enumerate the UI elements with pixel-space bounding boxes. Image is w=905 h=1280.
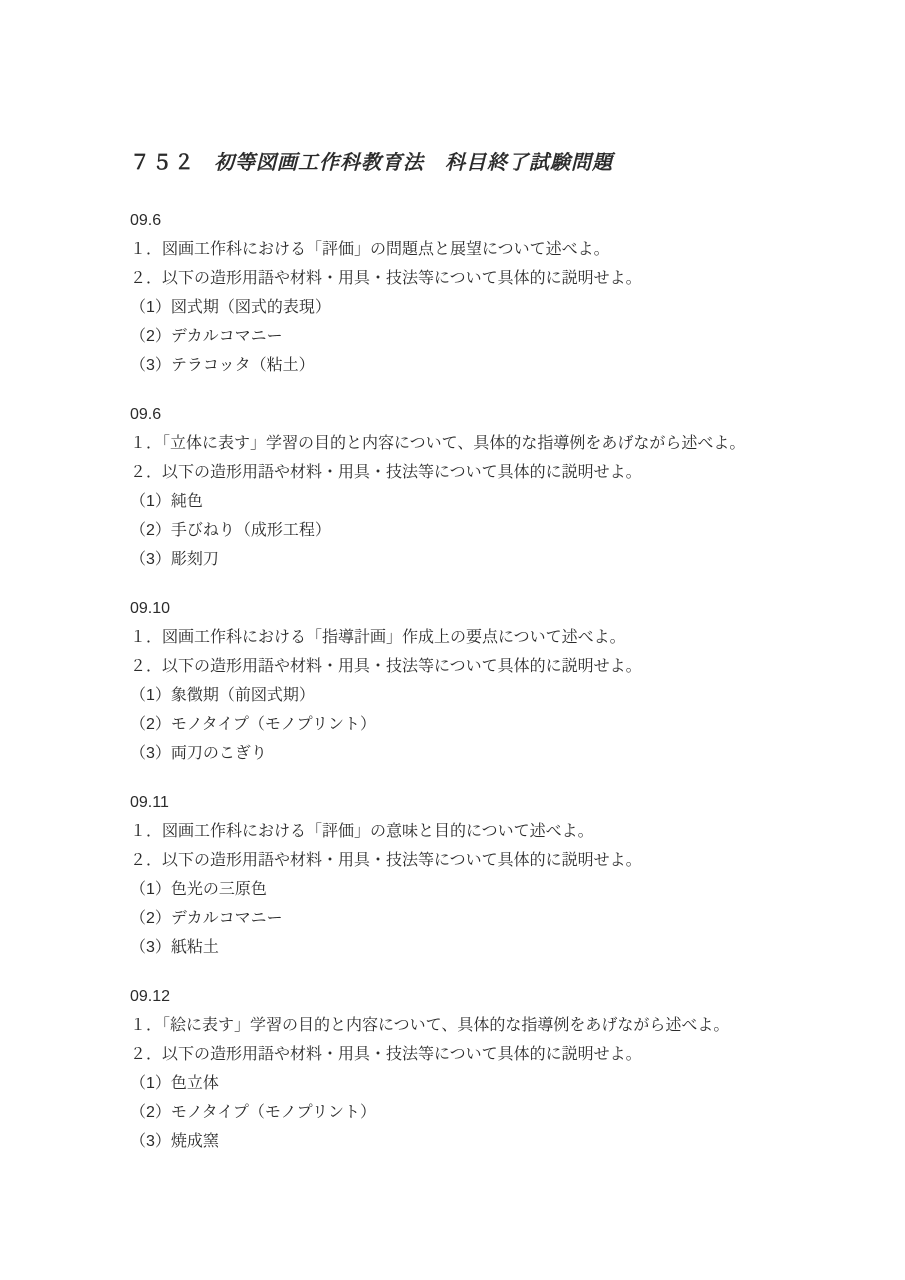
subitem-line: （2）手びねり（成形工程）	[130, 516, 845, 545]
subitem-line: （1）色立体	[130, 1069, 845, 1098]
document-content: ７５２初等図画工作科教育法 科目終了試験問題 09.6 １．図画工作科における「…	[130, 150, 845, 1176]
exam-section-5: 09.12 １．「絵に表す」学習の目的と内容について、具体的な指導例をあげながら…	[130, 982, 845, 1156]
subitem-line: （1）図式期（図式的表現）	[130, 293, 845, 322]
question-line: １．「絵に表す」学習の目的と内容について、具体的な指導例をあげながら述べよ。	[130, 1011, 845, 1040]
subitem-line: （1）純色	[130, 487, 845, 516]
question-line: ２．以下の造形用語や材料・用具・技法等について具体的に説明せよ。	[130, 1040, 845, 1069]
question-line: ２．以下の造形用語や材料・用具・技法等について具体的に説明せよ。	[130, 458, 845, 487]
question-line: ２．以下の造形用語や材料・用具・技法等について具体的に説明せよ。	[130, 652, 845, 681]
exam-date: 09.6	[130, 400, 845, 429]
subitem-line: （1）色光の三原色	[130, 875, 845, 904]
exam-section-4: 09.11 １．図画工作科における「評価」の意味と目的について述べよ。 ２．以下…	[130, 788, 845, 962]
course-title: 初等図画工作科教育法 科目終了試験問題	[214, 152, 613, 174]
document-page: ７５２初等図画工作科教育法 科目終了試験問題 09.6 １．図画工作科における「…	[0, 0, 905, 1280]
question-line: ２．以下の造形用語や材料・用具・技法等について具体的に説明せよ。	[130, 264, 845, 293]
subitem-line: （3）焼成窯	[130, 1127, 845, 1156]
exam-date: 09.12	[130, 982, 845, 1011]
subitem-line: （3）彫刻刀	[130, 545, 845, 574]
exam-section-2: 09.6 １．「立体に表す」学習の目的と内容について、具体的な指導例をあげながら…	[130, 400, 845, 574]
exam-date: 09.6	[130, 206, 845, 235]
subitem-line: （2）モノタイプ（モノプリント）	[130, 1098, 845, 1127]
course-number: ７５２	[130, 152, 196, 174]
subitem-line: （2）モノタイプ（モノプリント）	[130, 710, 845, 739]
page-title: ７５２初等図画工作科教育法 科目終了試験問題	[130, 150, 845, 176]
subitem-line: （1）象徴期（前図式期）	[130, 681, 845, 710]
subitem-line: （2）デカルコマニー	[130, 904, 845, 933]
question-line: １．図画工作科における「指導計画」作成上の要点について述べよ。	[130, 623, 845, 652]
exam-date: 09.10	[130, 594, 845, 623]
subitem-line: （3）紙粘土	[130, 933, 845, 962]
exam-date: 09.11	[130, 788, 845, 817]
exam-section-1: 09.6 １．図画工作科における「評価」の問題点と展望について述べよ。 ２．以下…	[130, 206, 845, 380]
subitem-line: （2）デカルコマニー	[130, 322, 845, 351]
question-line: ２．以下の造形用語や材料・用具・技法等について具体的に説明せよ。	[130, 846, 845, 875]
question-line: １．図画工作科における「評価」の問題点と展望について述べよ。	[130, 235, 845, 264]
subitem-line: （3）両刀のこぎり	[130, 739, 845, 768]
question-line: １．図画工作科における「評価」の意味と目的について述べよ。	[130, 817, 845, 846]
exam-section-3: 09.10 １．図画工作科における「指導計画」作成上の要点について述べよ。 ２．…	[130, 594, 845, 768]
question-line: １．「立体に表す」学習の目的と内容について、具体的な指導例をあげながら述べよ。	[130, 429, 845, 458]
subitem-line: （3）テラコッタ（粘土）	[130, 351, 845, 380]
